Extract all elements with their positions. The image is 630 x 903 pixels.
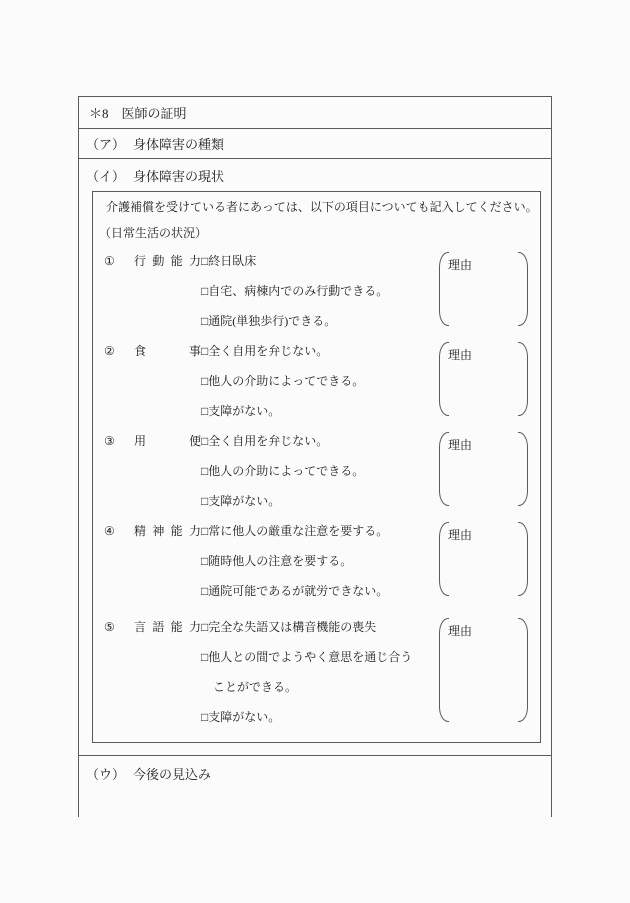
checkbox-icon[interactable]: □ [201,396,208,426]
checkbox-option[interactable]: □ 全く自用を弁じない。 [201,426,364,456]
checkbox-option[interactable]: □ 随時他人の注意を要する。 [201,546,388,576]
item-language-capacity: ⑤ 言語能力 □ 完全な失語又は構音機能の喪失 □ 他人との間でようやく意思を通… [104,612,540,732]
option-label: 他人の介助によってできる。 [208,456,364,486]
checkbox-icon[interactable]: □ [201,276,208,306]
section-title: 身体障害の現状 [133,166,224,185]
section-disability-type: （ア） 身体障害の種類 [79,129,551,159]
checkbox-option[interactable]: □ 自宅、病棟内でのみ行動できる。 [201,276,388,306]
checkbox-option[interactable]: □ 全く自用を弁じない。 [201,336,364,366]
item-number: ① [104,246,134,276]
checkbox-option[interactable]: □ 支障がない。 [201,396,364,426]
checkbox-icon[interactable]: □ [201,456,208,486]
option-label: 常に他人の厳重な注意を要する。 [208,516,388,546]
checkbox-icon[interactable]: □ [201,642,208,672]
section-doctor-certificate: ＊8 医師の証明 [79,97,551,129]
section-future-outlook: （ウ） 今後の見込み [79,756,551,817]
checkbox-icon[interactable]: □ [201,306,208,336]
checkbox-icon[interactable]: □ [201,336,208,366]
item-options: □ 全く自用を弁じない。 □ 他人の介助によってできる。 □ 支障がない。 [201,426,364,516]
item-category: 言語能力 [134,612,201,642]
section-disability-status-header: （イ） 身体障害の現状 [79,159,551,191]
item-options: □ 完全な失語又は構音機能の喪失 □ 他人との間でようやく意思を通じ合う ことが… [201,612,412,732]
reason-field[interactable]: 理由 [439,432,528,506]
option-label: 通院(単独歩行)できる。 [208,306,336,336]
checkbox-icon[interactable]: □ [201,546,208,576]
section-title: 医師の証明 [122,103,187,122]
checkbox-icon[interactable]: □ [201,516,208,546]
checkbox-icon[interactable]: □ [201,426,208,456]
item-eating: ② 食事 □ 全く自用を弁じない。 □ 他人の介助によってできる。 □ [104,336,540,426]
checkbox-option[interactable]: □ 他人の介助によってできる。 [201,456,364,486]
option-label: 支障がない。 [208,396,280,426]
section-number: ＊8 [89,103,109,122]
right-bracket-icon [518,252,528,326]
option-label: 他人の介助によってできる。 [208,366,364,396]
section-label: （ウ） [86,764,125,783]
item-category: 用便 [134,426,201,456]
section-label: （ア） [86,134,125,153]
checkbox-option[interactable]: □ 支障がない。 [201,702,412,732]
section-title: 今後の見込み [133,764,211,783]
section-label: （イ） [86,166,125,185]
item-number: ⑤ [104,612,134,642]
reason-field[interactable]: 理由 [439,342,528,416]
right-bracket-icon [518,432,528,506]
section-title: 身体障害の種類 [133,134,224,153]
right-bracket-icon [518,618,528,722]
checkbox-option[interactable]: □ 通院(単独歩行)できる。 [201,306,388,336]
option-label: 完全な失語又は構音機能の喪失 [208,612,376,642]
item-category: 精神能力 [134,516,201,546]
checkbox-option[interactable]: □ 支障がない。 [201,486,364,516]
checkbox-option[interactable]: □ 終日臥床 [201,246,388,276]
checkbox-icon[interactable]: □ [201,486,208,516]
checkbox-icon[interactable]: □ [201,612,208,642]
item-number: ② [104,336,134,366]
checkbox-option[interactable]: □ 常に他人の厳重な注意を要する。 [201,516,388,546]
item-toilet: ③ 用便 □ 全く自用を弁じない。 □ 他人の介助によってできる。 □ [104,426,540,516]
option-label-continuation: ことができる。 [201,672,412,702]
reason-label: 理由 [448,436,472,453]
checkbox-icon[interactable]: □ [201,576,208,606]
item-category: 行動能力 [134,246,201,276]
option-label: 支障がない。 [208,486,280,516]
checkbox-option[interactable]: □ 他人の介助によってできる。 [201,366,364,396]
option-label: 支障がない。 [208,702,280,732]
reason-label: 理由 [448,346,472,363]
item-options: □ 全く自用を弁じない。 □ 他人の介助によってできる。 □ 支障がない。 [201,336,364,426]
option-label: 随時他人の注意を要する。 [208,546,352,576]
section-disability-status: （イ） 身体障害の現状 介護補償を受けている者にあっては、以下の項目についても記… [79,159,551,756]
item-number: ③ [104,426,134,456]
option-label: 全く自用を弁じない。 [208,426,328,456]
care-compensation-box: 介護補償を受けている者にあっては、以下の項目についても記入してください。 （日常… [92,191,541,743]
option-label: 他人との間でようやく意思を通じ合う [208,642,412,672]
item-category: 食事 [134,336,201,366]
form-page: ＊8 医師の証明 （ア） 身体障害の種類 （イ） 身体障害の現状 介護補償を受け… [0,0,630,903]
reason-field[interactable]: 理由 [439,252,528,326]
option-label: 自宅、病棟内でのみ行動できる。 [208,276,388,306]
right-bracket-icon [518,342,528,416]
item-number: ④ [104,516,134,546]
checkbox-option[interactable]: □ 通院可能であるが就労できない。 [201,576,388,606]
care-note: 介護補償を受けている者にあっては、以下の項目についても記入してください。 [106,194,540,220]
checkbox-option[interactable]: □ 他人との間でようやく意思を通じ合う [201,642,412,672]
item-mental-capacity: ④ 精神能力 □ 常に他人の厳重な注意を要する。 □ 随時他人の注意を要する。 … [104,516,540,606]
option-label: 終日臥床 [208,246,256,276]
option-label: 全く自用を弁じない。 [208,336,328,366]
daily-life-heading: （日常生活の状況） [99,220,540,246]
item-mobility: ① 行動能力 □ 終日臥床 □ 自宅、病棟内でのみ行動できる。 □ [104,246,540,336]
checkbox-option[interactable]: □ 完全な失語又は構音機能の喪失 [201,612,412,642]
reason-field[interactable]: 理由 [439,522,528,596]
checkbox-icon[interactable]: □ [201,246,208,276]
item-options: □ 終日臥床 □ 自宅、病棟内でのみ行動できる。 □ 通院(単独歩行)できる。 [201,246,388,336]
reason-field[interactable]: 理由 [439,618,528,722]
checkbox-icon[interactable]: □ [201,702,208,732]
reason-label: 理由 [448,256,472,273]
reason-label: 理由 [448,622,472,639]
doctor-certificate-table: ＊8 医師の証明 （ア） 身体障害の種類 （イ） 身体障害の現状 介護補償を受け… [78,96,552,817]
reason-label: 理由 [448,526,472,543]
option-label: 通院可能であるが就労できない。 [208,576,388,606]
item-options: □ 常に他人の厳重な注意を要する。 □ 随時他人の注意を要する。 □ 通院可能で… [201,516,388,606]
checkbox-icon[interactable]: □ [201,366,208,396]
right-bracket-icon [518,522,528,596]
